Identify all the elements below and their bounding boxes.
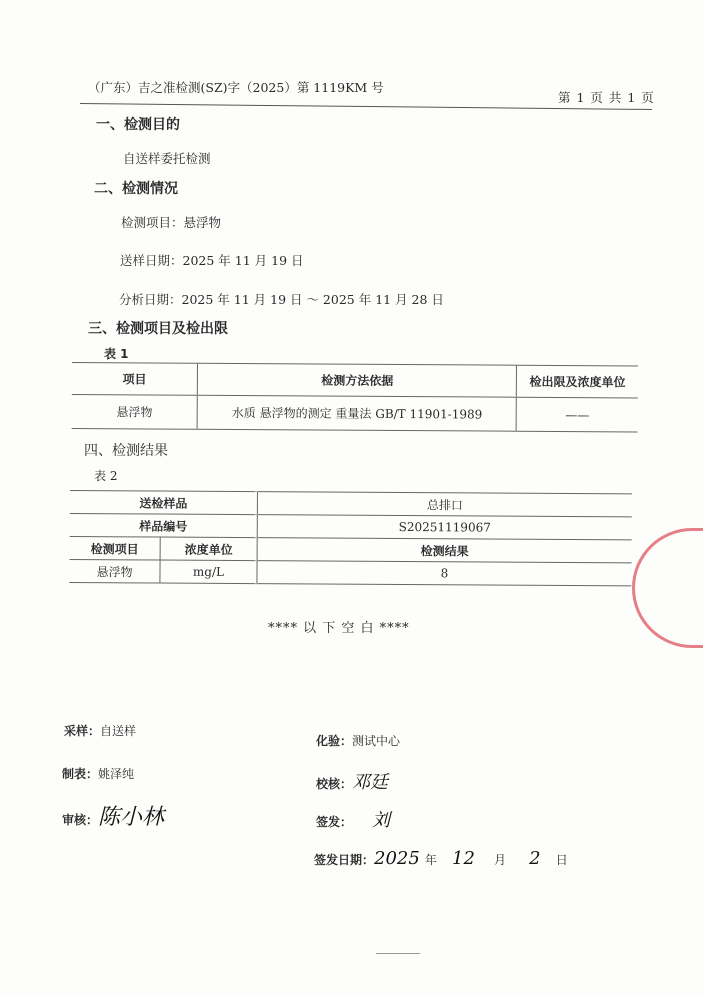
issuer-label: 签发：	[316, 815, 352, 829]
sample-row: 送检样品 总排口	[70, 491, 632, 517]
test-item: 检测项目：悬浮物	[121, 213, 221, 231]
lab-value: 测试中心	[352, 734, 400, 748]
table-1-caption: 表 1	[104, 345, 129, 362]
checker-field: 校核：邓廷	[316, 768, 388, 794]
sampling-label: 采样：	[64, 724, 100, 738]
footer-divider	[376, 953, 420, 954]
month-unit: 月	[494, 853, 506, 867]
blank-note: **** 以 下 空 白 ****	[268, 617, 410, 636]
issue-year: 2025	[374, 848, 420, 869]
checker-label: 校核：	[316, 777, 352, 791]
issuer-field: 签发：刘	[316, 806, 390, 832]
issue-date-field: 签发日期：2025 年 12 月 2 日	[314, 848, 568, 869]
col-header: 浓度单位	[160, 537, 257, 561]
cell: 8	[257, 561, 632, 586]
table-2-header: 检测项目 浓度单位 检测结果	[70, 536, 632, 562]
report-number: （广东）吉之准检测(SZ)字（2025）第 1119KM 号	[88, 78, 384, 96]
section-3-title: 三、检测项目及检出限	[88, 318, 228, 338]
sample-date: 送样日期：2025 年 11 月 19 日	[120, 251, 304, 269]
issue-date-label: 签发日期：	[314, 853, 374, 867]
year-unit: 年	[425, 853, 437, 867]
col-header: 检测结果	[257, 538, 632, 563]
table-row: 悬浮物 水质 悬浮物的测定 重量法 GB/T 11901-1989 ——	[72, 394, 638, 431]
cell: 悬浮物	[72, 394, 198, 429]
table-1: 项目 检测方法依据 检出限及浓度单位 悬浮物 水质 悬浮物的测定 重量法 GB/…	[72, 362, 638, 432]
table-2-caption: 表 2	[94, 467, 117, 484]
sample-no-row: 样品编号 S20251119067	[70, 513, 632, 539]
reviewer-signature: 陈小林	[98, 805, 164, 830]
section-1-title: 一、检测目的	[96, 114, 180, 134]
sample-value: 总排口	[257, 492, 632, 517]
issue-day: 2	[529, 848, 540, 869]
lab-field: 化验：测试中心	[316, 730, 400, 749]
sampling-field: 采样：自送样	[64, 720, 136, 739]
col-header: 项目	[72, 363, 198, 396]
sample-label: 送检样品	[70, 491, 258, 515]
day-unit: 日	[556, 853, 568, 867]
cell: 悬浮物	[69, 559, 160, 583]
reviewer-field: 审核：陈小林	[62, 800, 164, 831]
company-stamp: 限公司章	[632, 528, 703, 648]
tabulator-value: 姚泽纯	[98, 767, 134, 781]
sampling-value: 自送样	[100, 724, 136, 738]
section-4-title: 四、检测结果	[84, 440, 168, 460]
sample-no-label: 样品编号	[70, 513, 258, 537]
issuer-signature: 刘	[372, 810, 390, 831]
page-info: 第 1 页 共 1 页	[558, 88, 655, 106]
col-header: 检测方法依据	[198, 363, 517, 397]
reviewer-label: 审核：	[62, 813, 98, 827]
issue-month: 12	[452, 848, 475, 869]
analysis-date: 分析日期：2025 年 11 月 19 日 ～ 2025 年 11 月 28 日	[119, 290, 444, 308]
lab-label: 化验：	[316, 734, 352, 748]
col-header: 检测项目	[70, 536, 161, 560]
cell: mg/L	[160, 560, 257, 584]
table-1-header: 项目 检测方法依据 检出限及浓度单位	[72, 363, 638, 398]
section-1-content: 自送样委托检测	[123, 149, 211, 167]
tabulator-field: 制表：姚泽纯	[62, 763, 134, 782]
cell: 水质 悬浮物的测定 重量法 GB/T 11901-1989	[197, 395, 516, 431]
sample-no-value: S20251119067	[257, 515, 632, 540]
tabulator-label: 制表：	[62, 767, 98, 781]
table-2: 送检样品 总排口 样品编号 S20251119067 检测项目 浓度单位 检测结…	[69, 490, 632, 586]
col-header: 检出限及浓度单位	[517, 365, 638, 398]
cell: ——	[516, 397, 637, 432]
checker-signature: 邓廷	[352, 772, 388, 793]
table-row: 悬浮物 mg/L 8	[69, 559, 631, 585]
section-2-title: 二、检测情况	[94, 178, 178, 198]
